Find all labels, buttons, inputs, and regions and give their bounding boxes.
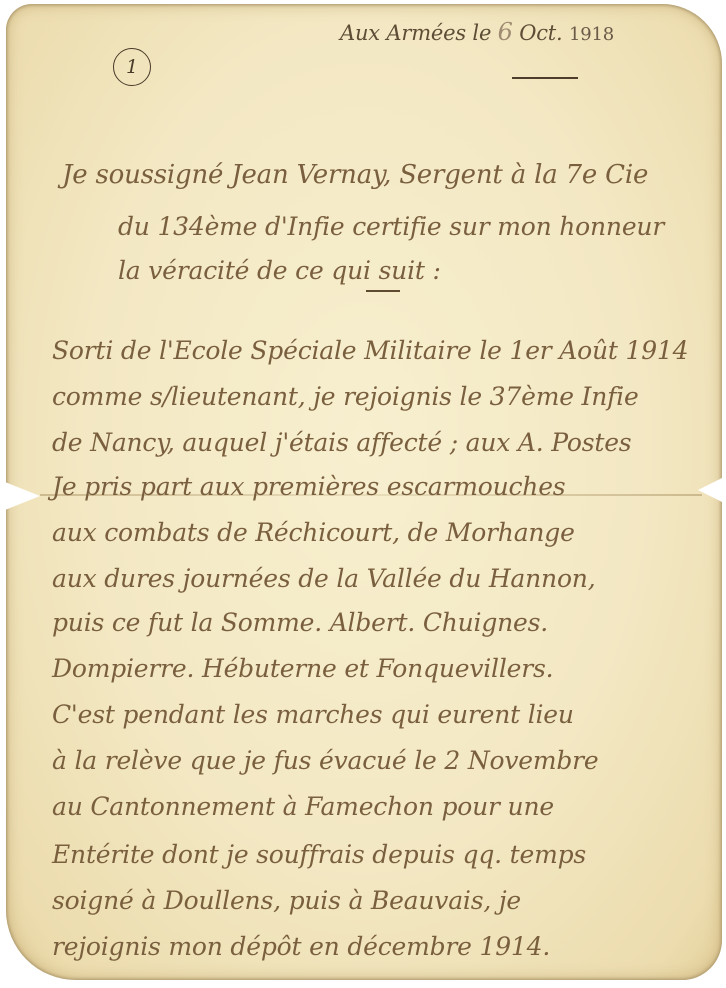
paper-tear-right	[698, 476, 726, 504]
text-line: rejoignis mon dépôt en décembre 1914.	[52, 932, 550, 961]
text-line: à la relève que je fus évacué le 2 Novem…	[52, 746, 599, 775]
text-line: comme s/lieutenant, je rejoignis le 37èm…	[52, 382, 639, 411]
text-line: du 134ème d'Infie certifie sur mon honne…	[118, 212, 664, 241]
text-line: au Cantonnement à Famechon pour une	[52, 792, 554, 821]
text-line: Entérite dont je souffrais depuis qq. te…	[52, 840, 586, 869]
date-underline	[512, 77, 578, 79]
text-line: Je pris part aux premières escarmouches	[52, 472, 565, 501]
text-line: soigné à Doullens, puis à Beauvais, je	[52, 886, 521, 915]
underline-mark	[366, 290, 400, 292]
text-line: Je soussigné Jean Vernay, Sergent à la 7…	[62, 160, 648, 190]
text-line: C'est pendant les marches qui eurent lie…	[52, 700, 574, 729]
page-number: 1	[126, 56, 138, 78]
text-line: aux combats de Réchicourt, de Morhange	[52, 518, 575, 547]
text-line: Dompierre. Hébuterne et Fonquevillers.	[52, 654, 553, 683]
text-line: la véracité de ce qui suit :	[118, 256, 441, 285]
text-line: puis ce fut la Somme. Albert. Chuignes.	[52, 608, 548, 637]
header-date-day: 6	[498, 18, 513, 46]
paper-tear-left	[0, 480, 40, 512]
document-page: 1 Aux Armées le 6 Oct. 1918 Je soussigné…	[0, 0, 726, 988]
header-year: 1918	[569, 24, 614, 45]
text-line: aux dures journées de la Vallée du Hanno…	[52, 564, 595, 593]
header-place: Aux Armées le	[340, 21, 491, 45]
letter-header: Aux Armées le 6 Oct. 1918	[340, 18, 614, 46]
page-number-circle: 1	[113, 48, 151, 86]
text-line: de Nancy, auquel j'étais affecté ; aux A…	[52, 428, 631, 457]
text-line: Sorti de l'Ecole Spéciale Militaire le 1…	[52, 336, 688, 365]
header-date-month: Oct.	[519, 21, 562, 45]
